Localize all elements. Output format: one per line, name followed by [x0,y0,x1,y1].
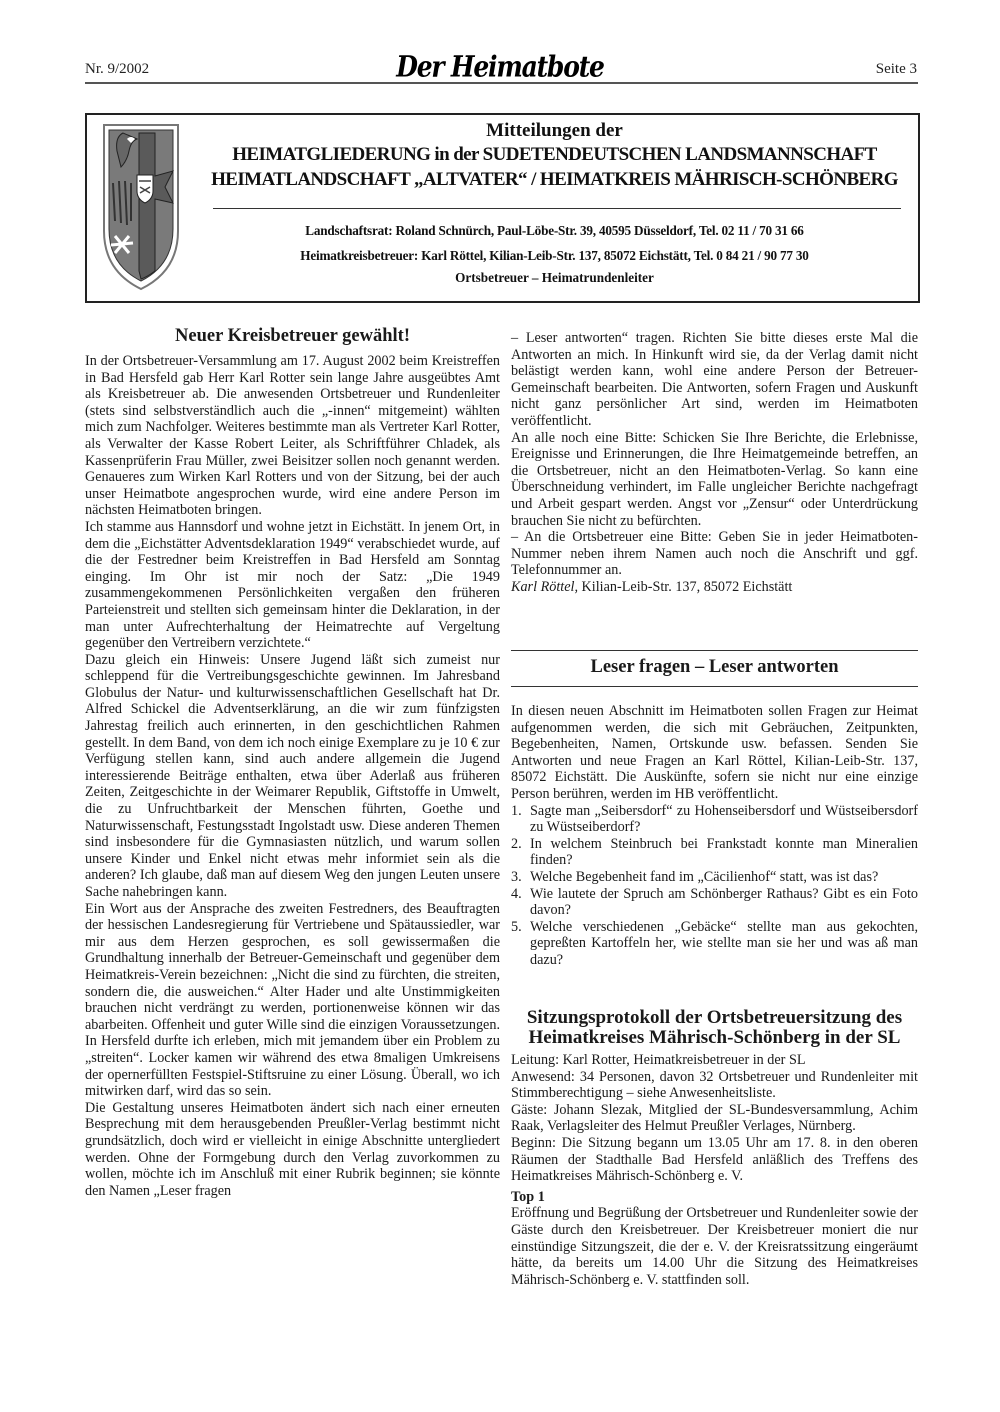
page-number: Seite 3 [876,61,917,78]
banner-rule [213,208,901,209]
section-rule-bottom [511,686,918,687]
protocol-leitung: Leitung: Karl Rotter, Heimatkreisbetreue… [511,1052,918,1069]
banner-line-2: HEIMATGLIEDERUNG in der SUDETENDEUTSCHEN… [197,144,912,166]
article-1-paragraph: In der Ortsbetreuer-Versammlung am 17. A… [85,353,500,519]
banner-line-3: HEIMATLANDSCHAFT „ALTVATER“ / HEIMATKREI… [197,169,912,191]
article-title-sitzungsprotokoll: Sitzungsprotokoll der Ortsbetreuersitzun… [511,1008,918,1048]
coat-of-arms-shield-icon [101,121,181,293]
protocol-beginn: Beginn: Die Sitzung begann um 13.05 Uhr … [511,1135,918,1185]
question-item: 3.Welche Begebenheit fand im „Cäcilienho… [511,869,918,886]
article-1-paragraph: An alle noch eine Bitte: Schicken Sie Ih… [511,430,918,530]
agenda-item-label: Top 1 [511,1189,918,1206]
article-1-paragraph: Dazu gleich ein Hinweis: Unsere Jugend l… [85,652,500,901]
question-item: 1.Sagte man „Seibersdorf“ zu Hohenseiber… [511,803,918,836]
banner-contact-landschaftsrat: Landschaftsrat: Roland Schnürch, Paul-Lö… [197,223,912,239]
article-1-signature: Karl Röttel, Kilian-Leib-Str. 137, 85072… [511,579,918,596]
protocol-gaeste: Gäste: Johann Slezak, Mitglied der SL-Bu… [511,1102,918,1135]
article-2-intro: In diesen neuen Abschnitt im Heimatboten… [511,703,918,803]
question-item: 2.In welchem Steinbruch bei Frankstadt k… [511,836,918,869]
agenda-item-text: Eröffnung und Begrüßung der Ortsbetreuer… [511,1205,918,1288]
banner-subtitle: Ortsbetreuer – Heimatrundenleiter [197,270,912,286]
article-1-continuation: – Leser antworten“ tragen. Richten Sie b… [511,330,918,596]
signature-name: Karl Röttel, [511,579,578,595]
article-1-paragraph: Ein Wort aus der Ansprache des zweiten F… [85,901,500,1100]
article-1-body: In der Ortsbetreuer-Versammlung am 17. A… [85,353,500,1199]
article-1-paragraph: – Leser antworten“ tragen. Richten Sie b… [511,330,918,430]
banner-line-1: Mitteilungen der [197,120,912,142]
banner-contact-heimatkreisbetreuer: Heimatkreisbetreuer: Karl Röttel, Kilian… [197,248,912,264]
signature-address: Kilian-Leib-Str. 137, 85072 Eichstätt [578,579,792,595]
article-1-paragraph: Die Gestaltung unseres Heimatboten änder… [85,1100,500,1200]
article-1-paragraph: Ich stamme aus Hannsdorf und wohne jetzt… [85,519,500,652]
protocol-anwesend: Anwesend: 34 Personen, davon 32 Ortsbetr… [511,1069,918,1102]
question-item: 5.Welche verschiedenen „Gebäcke“ stellte… [511,919,918,969]
header-rule [85,82,918,84]
article-2-body: In diesen neuen Abschnitt im Heimatboten… [511,703,918,969]
question-item: 4.Wie lautete der Spruch am Schönberger … [511,886,918,919]
article-title-neuer-kreisbetreuer: Neuer Kreisbetreuer gewählt! [85,326,500,347]
article-3-body: Leitung: Karl Rotter, Heimatkreisbetreue… [511,1052,918,1288]
masthead-title: Der Heimatbote [0,50,1000,83]
article-title-leser-fragen: Leser fragen – Leser antworten [511,657,918,678]
section-rule-top [511,650,918,651]
association-banner: Mitteilungen der HEIMATGLIEDERUNG in der… [85,113,920,303]
question-list: 1.Sagte man „Seibersdorf“ zu Hohenseiber… [511,803,918,969]
article-1-paragraph: – An die Ortsbetreuer eine Bitte: Geben … [511,529,918,579]
